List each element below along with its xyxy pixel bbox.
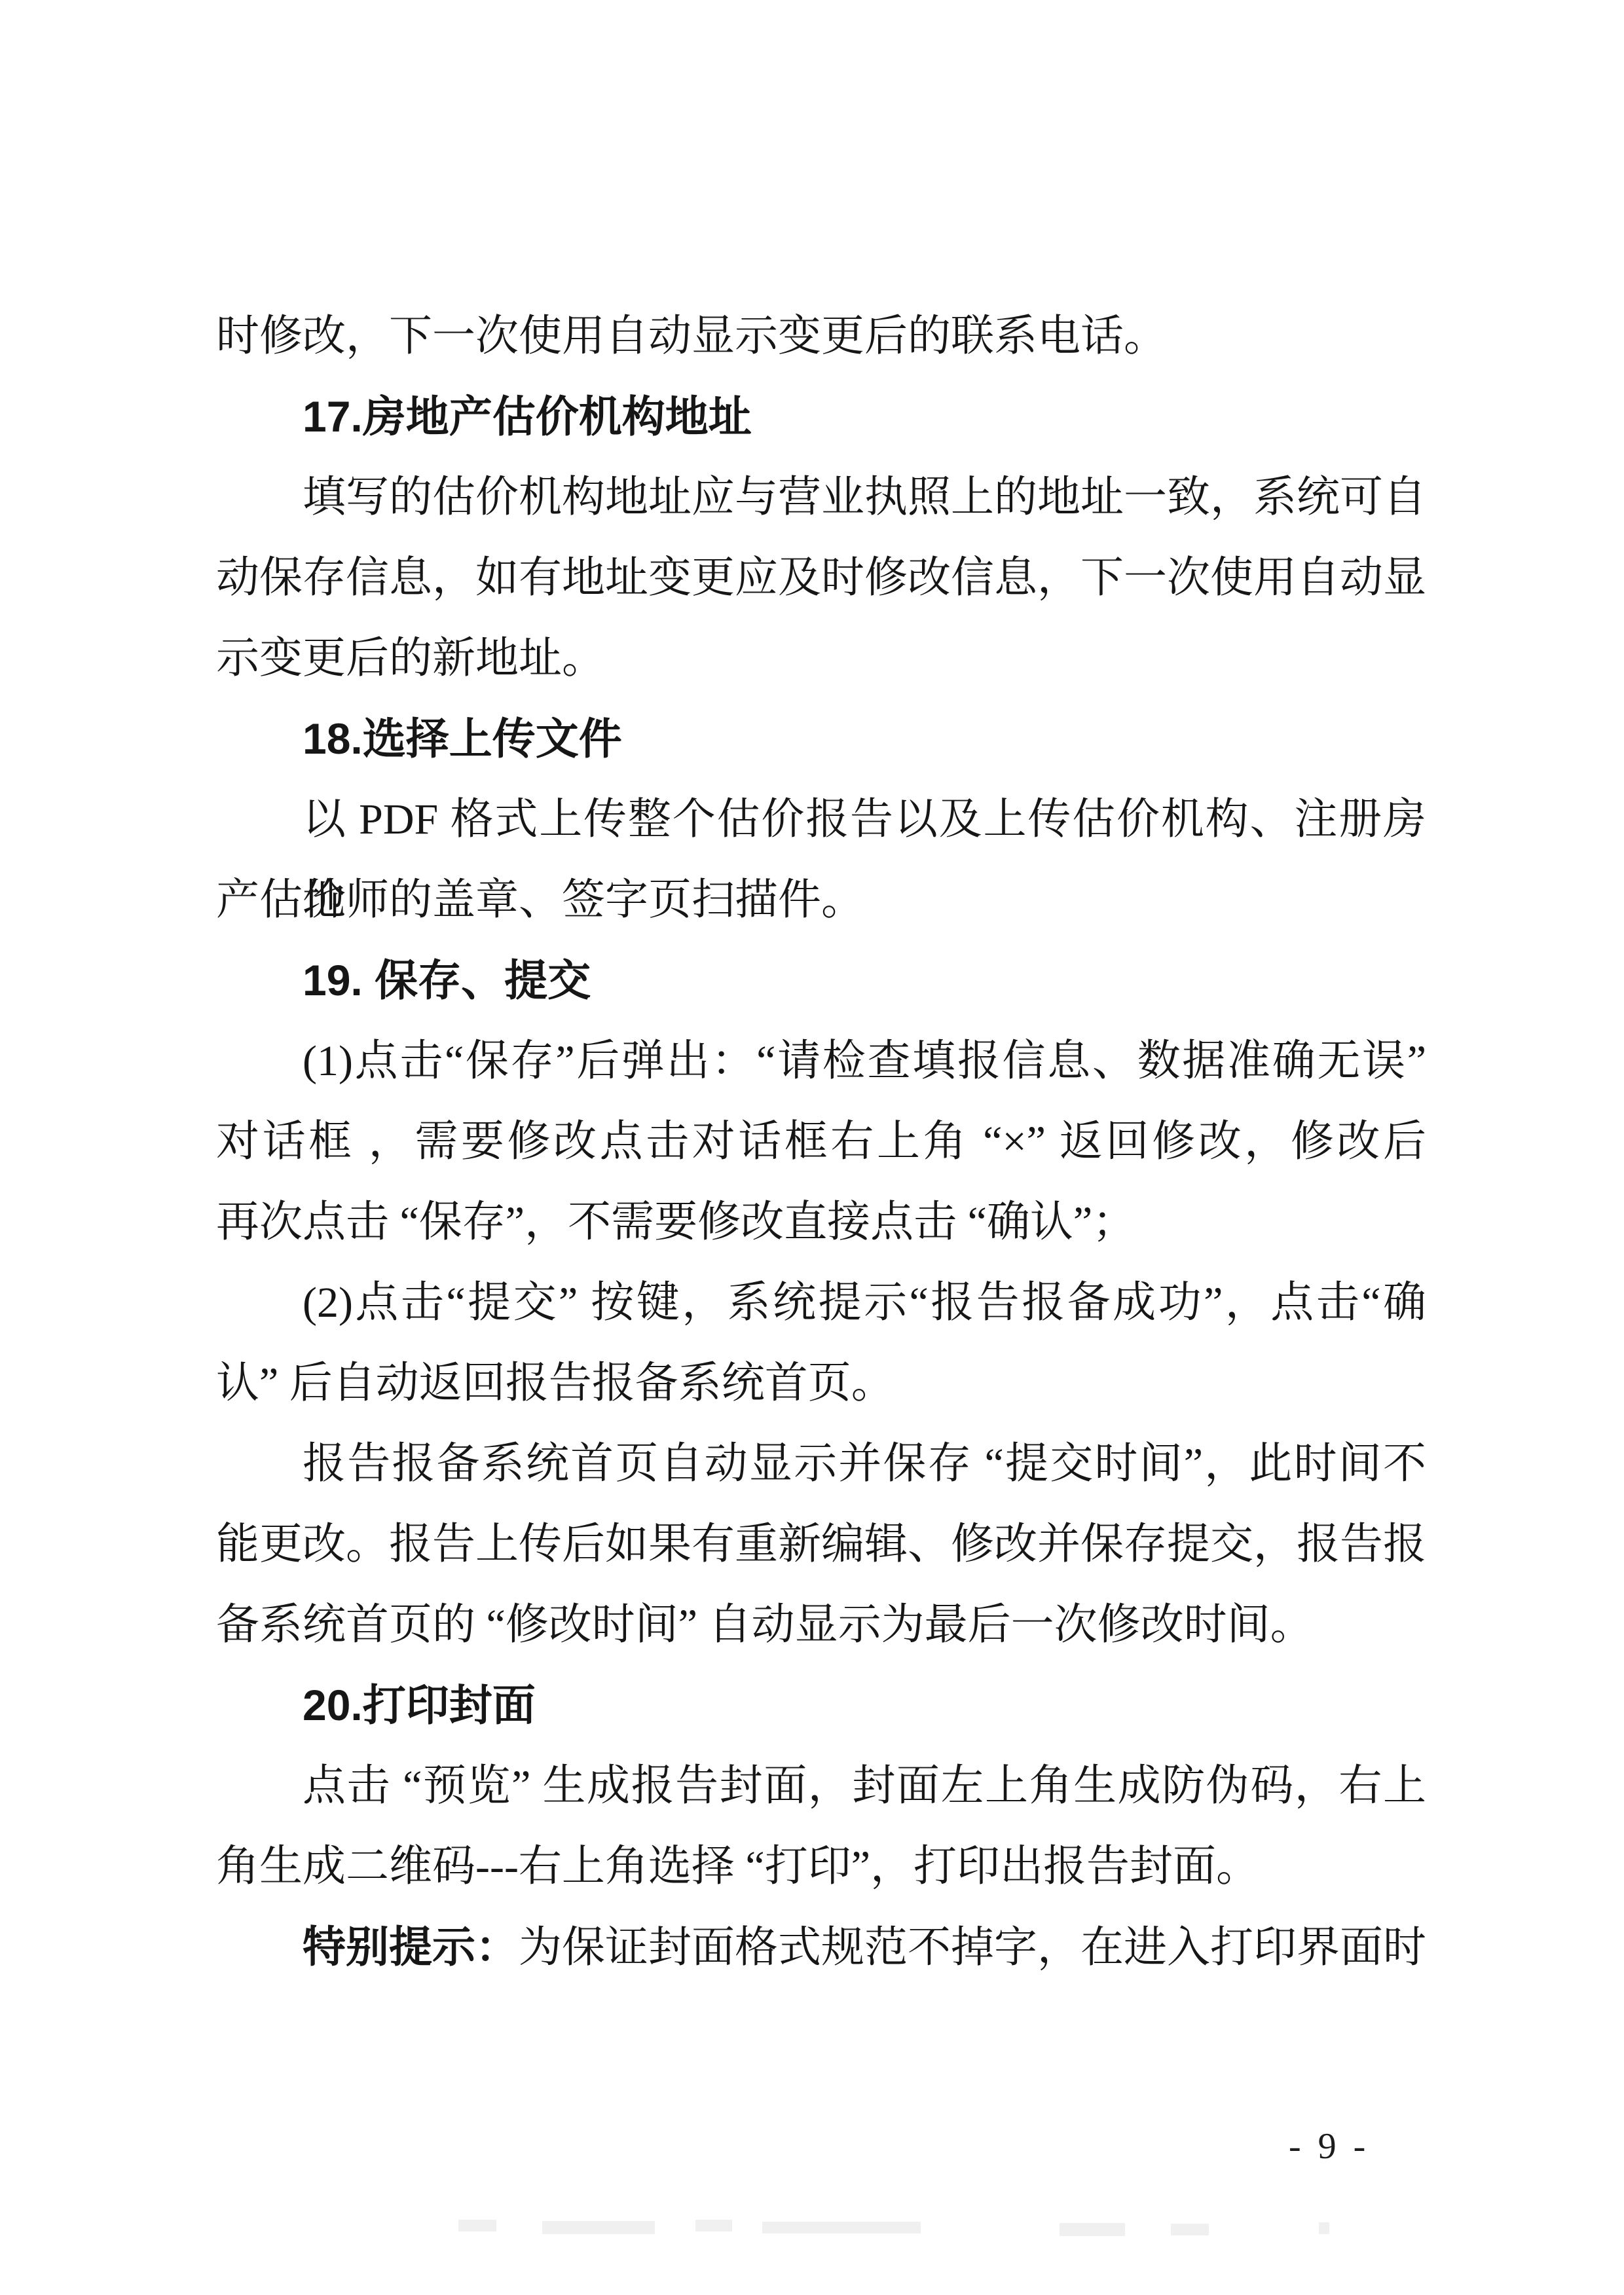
text-line: 角生成二维码---右上角选择 “打印”，打印出报告封面。 [216,1826,1426,1907]
section-heading-18: 18.选择上传文件 [216,699,1426,779]
text-line: 能更改。报告上传后如果有重新编辑、修改并保存提交，报告报 [216,1504,1426,1585]
text-line: 点击 “预览” 生成报告封面，封面左上角生成防伪码，右上 [216,1746,1426,1826]
section-heading-17: 17.房地产估价机构地址 [216,376,1426,457]
scan-artifact [1319,2222,1329,2234]
text-line: 认” 后自动返回报告报备系统首页。 [216,1343,1426,1423]
text-line: (2)点击“提交” 按键，系统提示“报告报备成功”，点击“确 [216,1262,1426,1343]
text-line-rest: 为保证封面格式规范不掉字，在进入打印界面时 [519,1924,1426,1972]
text-line: 填写的估价机构地址应与营业执照上的地址一致，系统可自 [216,457,1426,538]
text-line: 产估价师的盖章、签字页扫描件。 [216,860,1426,940]
section-heading-19: 19. 保存、提交 [216,940,1426,1021]
scan-artifact [1060,2223,1125,2236]
text-line: 再次点击 “保存”，不需要修改直接点击 “确认”； [216,1182,1426,1262]
page-number: - 9 - [1289,2125,1369,2167]
document-body: 时修改，下一次使用自动显示变更后的联系电话。 17.房地产估价机构地址 填写的估… [216,296,1426,1987]
document-page: 时修改，下一次使用自动显示变更后的联系电话。 17.房地产估价机构地址 填写的估… [0,0,1624,2295]
text-line: 备系统首页的 “修改时间” 自动显示为最后一次修改时间。 [216,1585,1426,1665]
text-line: 报告报备系统首页自动显示并保存 “提交时间”，此时间不 [216,1423,1426,1504]
text-line: 特别提示：为保证封面格式规范不掉字，在进入打印界面时 [216,1907,1426,1987]
scan-artifact [1171,2224,1209,2235]
text-line: (1)点击“保存”后弹出：“请检查填报信息、数据准确无误” [216,1021,1426,1101]
scan-artifact [542,2221,655,2234]
scan-artifact [695,2220,732,2231]
section-heading-20: 20.打印封面 [216,1665,1426,1746]
text-line: 以 PDF 格式上传整个估价报告以及上传估价机构、注册房地 [216,779,1426,860]
text-line: 动保存信息，如有地址变更应及时修改信息，下一次使用自动显 [216,538,1426,618]
scan-artifact [762,2222,921,2233]
text-line: 示变更后的新地址。 [216,618,1426,699]
text-line: 对话框 ，需要修改点击对话框右上角 “×” 返回修改，修改后 [216,1101,1426,1182]
scan-artifact [458,2220,496,2231]
text-line: 时修改，下一次使用自动显示变更后的联系电话。 [216,296,1426,376]
bold-lead-in: 特别提示： [303,1922,519,1971]
